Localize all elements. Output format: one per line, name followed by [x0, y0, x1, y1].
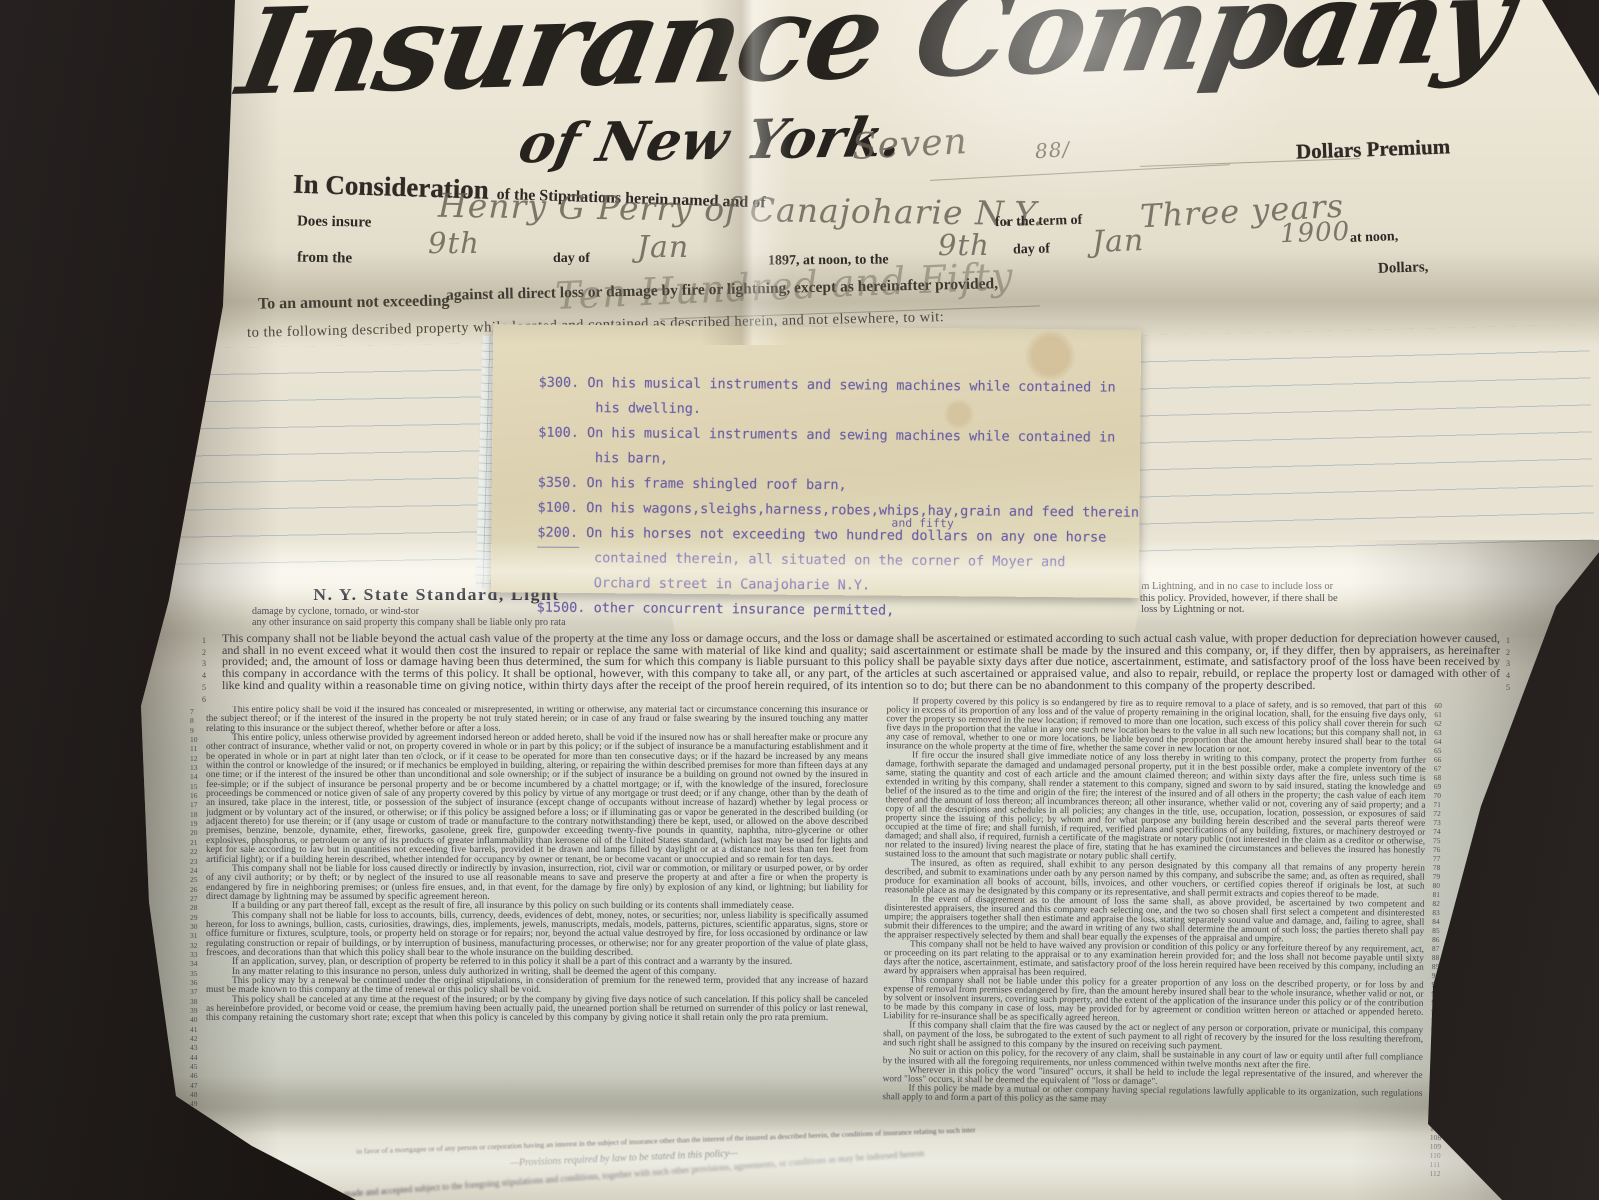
ruled-lines-left [156, 343, 506, 565]
day-of-label-2: day of [1013, 242, 1050, 259]
day-of-label-1: day of [553, 251, 590, 267]
legal-paragraph: If this policy be made by a mutual or ot… [882, 1084, 1422, 1108]
handwritten-end-year: 1900 [1279, 217, 1350, 249]
at-noon-label: at noon, [1350, 229, 1399, 247]
dollars-label: Dollars, [1378, 259, 1429, 278]
handwritten-start-month: Jan [637, 230, 689, 265]
ruled-lines-right [1133, 324, 1595, 567]
handwritten-premium-fraction: 88/ [1034, 137, 1071, 163]
pen-flourish [930, 164, 1230, 181]
typed-schedule-note: $300. On his musical instruments and sew… [491, 324, 1141, 598]
policy-paper: Insurance Company of New York. Dollars P… [0, 0, 1599, 1200]
from-the-label: from the [297, 250, 352, 268]
intro-line-numbers-left: 1 2 3 4 5 6 [202, 635, 206, 705]
company-location-script: of New York. [514, 105, 908, 176]
handwritten-start-day: 9th [428, 226, 480, 260]
legal-paragraph: If fire occur the insured shall give imm… [885, 751, 1426, 865]
legal-right-column: If property covered by this policy is so… [881, 697, 1426, 1200]
legal-paragraph: This policy may by a renewal be continue… [206, 977, 868, 996]
does-insure-label: Does insure [297, 213, 372, 231]
amount-not-exceeding-label: To an amount not exceeding [258, 292, 450, 313]
legal-paragraph: This company shall not be liable for los… [206, 912, 868, 959]
legal-paragraph: If property covered by this policy is so… [886, 697, 1427, 757]
legal-paragraph: This entire policy shall be void if the … [206, 706, 868, 734]
intro-line-numbers-right: 1 2 3 4 5 [1506, 635, 1510, 694]
term-label: for the term of [995, 213, 1083, 231]
typed-insert-above-line: and fifty [891, 516, 953, 531]
legal-paragraph: This entire policy, unless otherwise pro… [206, 734, 868, 865]
handwritten-premium-amount: Seven [851, 121, 969, 168]
photo-of-insurance-policy: Insurance Company of New York. Dollars P… [0, 0, 1599, 1200]
left-column-line-numbers: 7 8 9 10 11 12 13 14 15 16 17 18 19 20 2… [190, 707, 198, 1165]
right-column-line-numbers: 60 61 62 63 64 65 66 67 68 69 70 71 72 7… [1430, 701, 1446, 1178]
legal-paragraph: This company shall not be liable under t… [883, 976, 1423, 1027]
legal-paragraph: This policy shall be canceled at any tim… [206, 996, 868, 1024]
legal-paragraph: This company shall not be liable for los… [206, 865, 868, 902]
handwritten-insured-name: Henry G Perry of Canajoharie N.Y. [438, 186, 1045, 233]
typed-schedule-text: $300. On his musical instruments and sew… [537, 371, 1141, 626]
handwritten-end-month: Jan [1091, 223, 1144, 260]
legal-paragraph: In the event of disagreement as to the a… [884, 895, 1424, 946]
legal-left-column: This entire policy shall be void if the … [206, 706, 868, 1154]
legal-heading-sublines: damage by cyclone, tornado, or wind-stor… [252, 606, 566, 628]
company-name-script: Insurance Company [229, 0, 1520, 122]
